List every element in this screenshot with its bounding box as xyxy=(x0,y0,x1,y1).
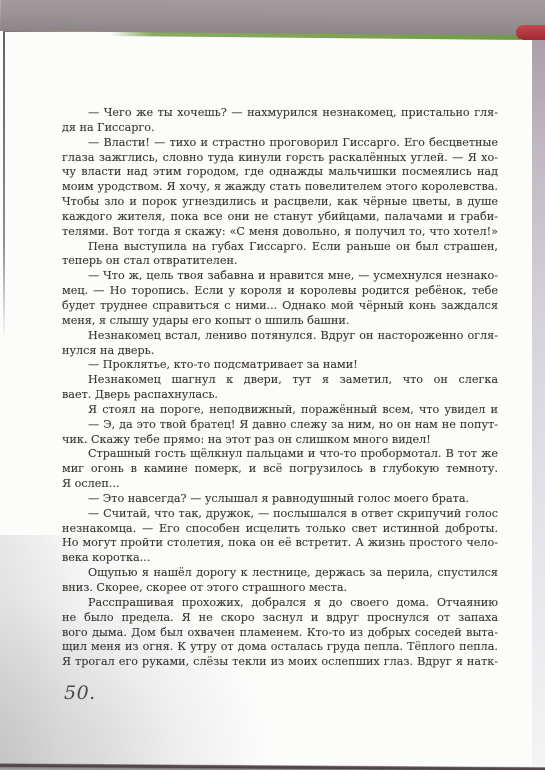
text-line: глаза зажглись, словно туда кинули горст… xyxy=(62,151,498,166)
text-line: Но могут пройти столетия, пока он её вст… xyxy=(62,536,498,551)
text-line: Страшный гость щёлкнул пальцами и что-то… xyxy=(62,447,498,462)
scanner-background xyxy=(0,0,545,36)
text-line: Я трогал его руками, слёзы текли из моих… xyxy=(62,655,498,670)
text-line: Незнакомец встал, лениво потянулся. Вдру… xyxy=(62,329,498,344)
text-line: Ощупью я нашёл дорогу к лестнице, держас… xyxy=(62,566,498,581)
text-line: — Э, да это твой братец! Я давно слежу з… xyxy=(62,418,498,433)
text-line: вает. Дверь распахнулась. xyxy=(62,388,498,403)
scanned-book-page: — Чего же ты хочешь? — нахмурился незнак… xyxy=(0,0,545,770)
page-bottom-edge xyxy=(0,762,545,770)
text-line: Я стоял на пороге, неподвижный, поражённ… xyxy=(62,403,498,418)
text-line: — Это навсегда? — услышал я равнодушный … xyxy=(62,492,498,507)
text-line: — Считай, что так, дружок, — послышался … xyxy=(62,507,498,522)
text-line: — Что ж, цель твоя забавна и нравится мн… xyxy=(62,269,498,284)
text-line: Расспрашивая прохожих, добрался я до сво… xyxy=(62,596,498,611)
text-line: чу власти над этим городом, где однажды … xyxy=(62,165,498,180)
text-line: дя на Гиссарго. xyxy=(62,121,498,136)
text-line: меня, я слышу удары его копыт о шпиль ба… xyxy=(62,314,498,329)
text-block: — Чего же ты хочешь? — нахмурился незнак… xyxy=(62,106,498,670)
page-right-edge xyxy=(532,34,545,770)
text-line: Пена выступила на губах Гиссарго. Если р… xyxy=(62,240,498,255)
text-line: каждого жителя, пока все они не станут у… xyxy=(62,210,498,225)
text-line: Чтобы зло и порок угнездились и расцвели… xyxy=(62,195,498,210)
text-line: незнакомца. — Его способен исцелить толь… xyxy=(62,522,498,537)
text-line: мец. — Но торопись. Если у короля и коро… xyxy=(62,284,498,299)
page-left-edge xyxy=(3,30,5,340)
text-line: моим уродством. Я хочу, я жажду стать по… xyxy=(62,180,498,195)
text-line: щил меня из огня. К утру от дома осталас… xyxy=(62,640,498,655)
text-line: Незнакомец шагнул к двери, тут я заметил… xyxy=(62,373,498,388)
text-line: вого дыма. Дом был охвачен пламенем. Кто… xyxy=(62,626,498,641)
text-line: нулся на дверь. xyxy=(62,344,498,359)
text-line: чик. Скажу тебе прямо: на этот раз он сл… xyxy=(62,433,498,448)
text-line: не было предела. Я не скоро заснул и вдр… xyxy=(62,611,498,626)
text-line: миг огонь в камине померк, и всё погрузи… xyxy=(62,462,498,477)
text-line: Я ослеп... xyxy=(62,477,498,492)
page-number: 50. xyxy=(64,682,96,704)
text-line: — Проклятье, кто-то подсматривает за нам… xyxy=(62,358,498,373)
book-cover-red-edge xyxy=(516,25,545,40)
text-line: будет труднее справиться с ними... Однак… xyxy=(62,299,498,314)
text-line: телями. Вот тогда я скажу: «С меня довол… xyxy=(62,225,498,240)
text-line: — Власти! — тихо и страстно проговорил Г… xyxy=(62,136,498,151)
text-line: — Чего же ты хочешь? — нахмурился незнак… xyxy=(62,106,498,121)
text-line: теперь он стал отвратителен. xyxy=(62,254,498,269)
text-line: вниз. Скорее, скорее от этого страшного … xyxy=(62,581,498,596)
text-line: века коротка... xyxy=(62,551,498,566)
